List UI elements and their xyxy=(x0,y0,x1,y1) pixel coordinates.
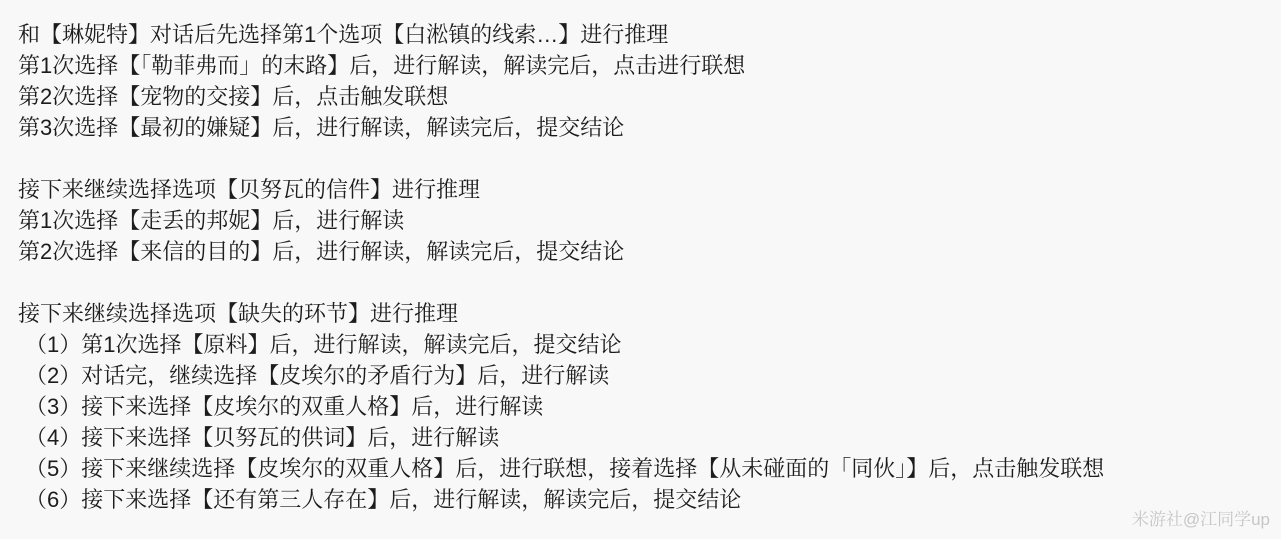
guide-line: 第1次选择【走丢的邦妮】后，进行解读 xyxy=(18,205,1261,236)
guide-line: 第3次选择【最初的嫌疑】后，进行解读，解读完后，提交结论 xyxy=(18,112,1261,143)
guide-line: 第2次选择【宠物的交接】后，点击触发联想 xyxy=(18,81,1261,112)
step-section-1: 和【琳妮特】对话后先选择第1个选项【白淞镇的线索…】进行推理 第1次选择【「勒菲… xyxy=(18,19,1261,143)
guide-line: （4）接下来选择【贝努瓦的供词】后，进行解读 xyxy=(18,422,1261,453)
guide-line: 第2次选择【来信的目的】后，进行解读，解读完后，提交结论 xyxy=(18,236,1261,267)
guide-text-block: 和【琳妮特】对话后先选择第1个选项【白淞镇的线索…】进行推理 第1次选择【「勒菲… xyxy=(0,0,1281,515)
guide-line: （6）接下来选择【还有第三人存在】后，进行解读，解读完后，提交结论 xyxy=(18,484,1261,515)
guide-line: 接下来继续选择选项【缺失的环节】进行推理 xyxy=(18,298,1261,329)
guide-line: （3）接下来选择【皮埃尔的双重人格】后，进行解读 xyxy=(18,391,1261,422)
guide-line: 第1次选择【「勒菲弗而」的末路】后，进行解读，解读完后，点击进行联想 xyxy=(18,50,1261,81)
step-section-2: 接下来继续选择选项【贝努瓦的信件】进行推理 第1次选择【走丢的邦妮】后，进行解读… xyxy=(18,174,1261,267)
guide-line: （5）接下来继续选择【皮埃尔的双重人格】后，进行联想，接着选择【从未碰面的「同伙… xyxy=(18,453,1261,484)
guide-line: 和【琳妮特】对话后先选择第1个选项【白淞镇的线索…】进行推理 xyxy=(18,19,1261,50)
watermark: 米游社@江同学up xyxy=(1132,511,1270,528)
section-gap xyxy=(18,143,1261,174)
section-gap xyxy=(18,267,1261,298)
step-section-3: 接下来继续选择选项【缺失的环节】进行推理 （1）第1次选择【原料】后，进行解读，… xyxy=(18,298,1261,515)
guide-line: （1）第1次选择【原料】后，进行解读，解读完后，提交结论 xyxy=(18,329,1261,360)
guide-line: （2）对话完，继续选择【皮埃尔的矛盾行为】后，进行解读 xyxy=(18,360,1261,391)
guide-line: 接下来继续选择选项【贝努瓦的信件】进行推理 xyxy=(18,174,1261,205)
